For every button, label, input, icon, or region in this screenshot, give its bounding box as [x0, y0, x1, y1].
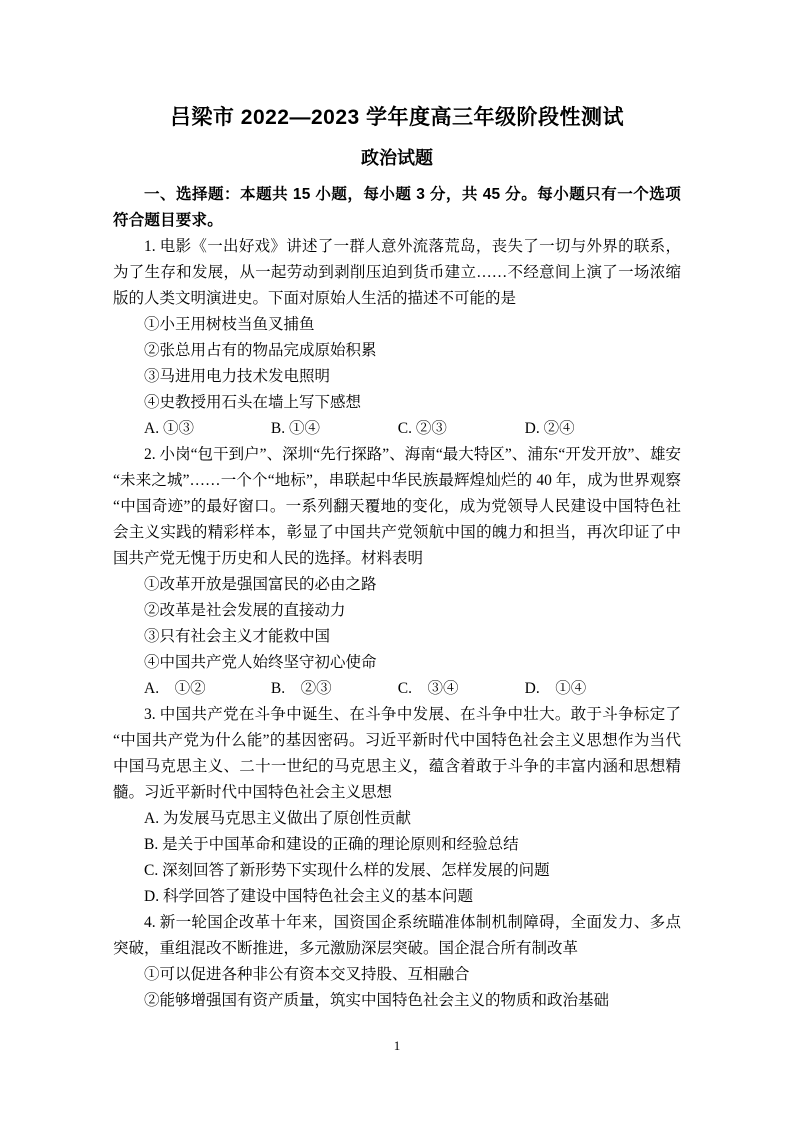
question-1: 1. 电影《一出好戏》讲述了一群人意外流落荒岛，丧失了一切与外界的联系，为了生存…: [113, 234, 681, 442]
choices-row: A. ①③ B. ①④ C. ②③ D. ②④: [113, 416, 681, 442]
exam-title: 吕梁市 2022—2023 学年度高三年级阶段性测试: [113, 104, 681, 132]
choice-d: D. ①④: [525, 676, 587, 702]
question-stem: 3. 中国共产党在斗争中诞生、在斗争中发展、在斗争中壮大。敢于斗争标定了“中国共…: [113, 702, 681, 806]
option-item: ①可以促进各种非公有资本交叉持股、互相融合: [113, 962, 681, 988]
option-item: ②张总用占有的物品完成原始积累: [113, 338, 681, 364]
question-2: 2. 小岗“包干到户”、深圳“先行探路”、海南“最大特区”、浦东“开发开放”、雄…: [113, 442, 681, 702]
question-3: 3. 中国共产党在斗争中诞生、在斗争中发展、在斗争中壮大。敢于斗争标定了“中国共…: [113, 702, 681, 910]
option-item: ④史教授用石头在墙上写下感想: [113, 390, 681, 416]
option-item: ③只有社会主义才能救中国: [113, 624, 681, 650]
question-stem: 1. 电影《一出好戏》讲述了一群人意外流落荒岛，丧失了一切与外界的联系，为了生存…: [113, 234, 681, 312]
option-item: ②能够增强国有资产质量，筑实中国特色社会主义的物质和政治基础: [113, 988, 681, 1014]
choices-row: A. ①② B. ②③ C. ③④ D. ①④: [113, 676, 681, 702]
choice-b: B. ②③: [271, 676, 394, 702]
page-number: 1: [0, 1036, 794, 1056]
choice-a: A. ①②: [144, 676, 267, 702]
choice-c: C. ③④: [398, 676, 521, 702]
question-stem: 2. 小岗“包干到户”、深圳“先行探路”、海南“最大特区”、浦东“开发开放”、雄…: [113, 442, 681, 572]
choice-b: B. ①④: [271, 416, 394, 442]
exam-subtitle: 政治试题: [113, 145, 681, 171]
exam-page: 吕梁市 2022—2023 学年度高三年级阶段性测试 政治试题 一、选择题：本题…: [0, 0, 794, 1123]
option-item: ②改革是社会发展的直接动力: [113, 598, 681, 624]
question-stem: 4. 新一轮国企改革十年来，国资国企系统瞄准体制机制障碍，全面发力、多点突破，重…: [113, 910, 681, 962]
section-heading: 一、选择题：本题共 15 小题，每小题 3 分，共 45 分。每小题只有一个选项…: [113, 182, 681, 234]
option-b: B. 是关于中国革命和建设的正确的理论原则和经验总结: [113, 832, 681, 858]
option-item: ③马进用电力技术发电照明: [113, 364, 681, 390]
option-item: ④中国共产党人始终坚守初心使命: [113, 650, 681, 676]
option-a: A. 为发展马克思主义做出了原创性贡献: [113, 806, 681, 832]
option-item: ①改革开放是强国富民的必由之路: [113, 572, 681, 598]
option-item: ①小王用树枝当鱼叉捕鱼: [113, 312, 681, 338]
question-4: 4. 新一轮国企改革十年来，国资国企系统瞄准体制机制障碍，全面发力、多点突破，重…: [113, 910, 681, 1014]
option-c: C. 深刻回答了新形势下实现什么样的发展、怎样发展的问题: [113, 858, 681, 884]
option-d: D. 科学回答了建设中国特色社会主义的基本问题: [113, 884, 681, 910]
choice-c: C. ②③: [398, 416, 521, 442]
exam-body: 一、选择题：本题共 15 小题，每小题 3 分，共 45 分。每小题只有一个选项…: [113, 182, 681, 1014]
choice-a: A. ①③: [144, 416, 267, 442]
choice-d: D. ②④: [525, 416, 575, 442]
